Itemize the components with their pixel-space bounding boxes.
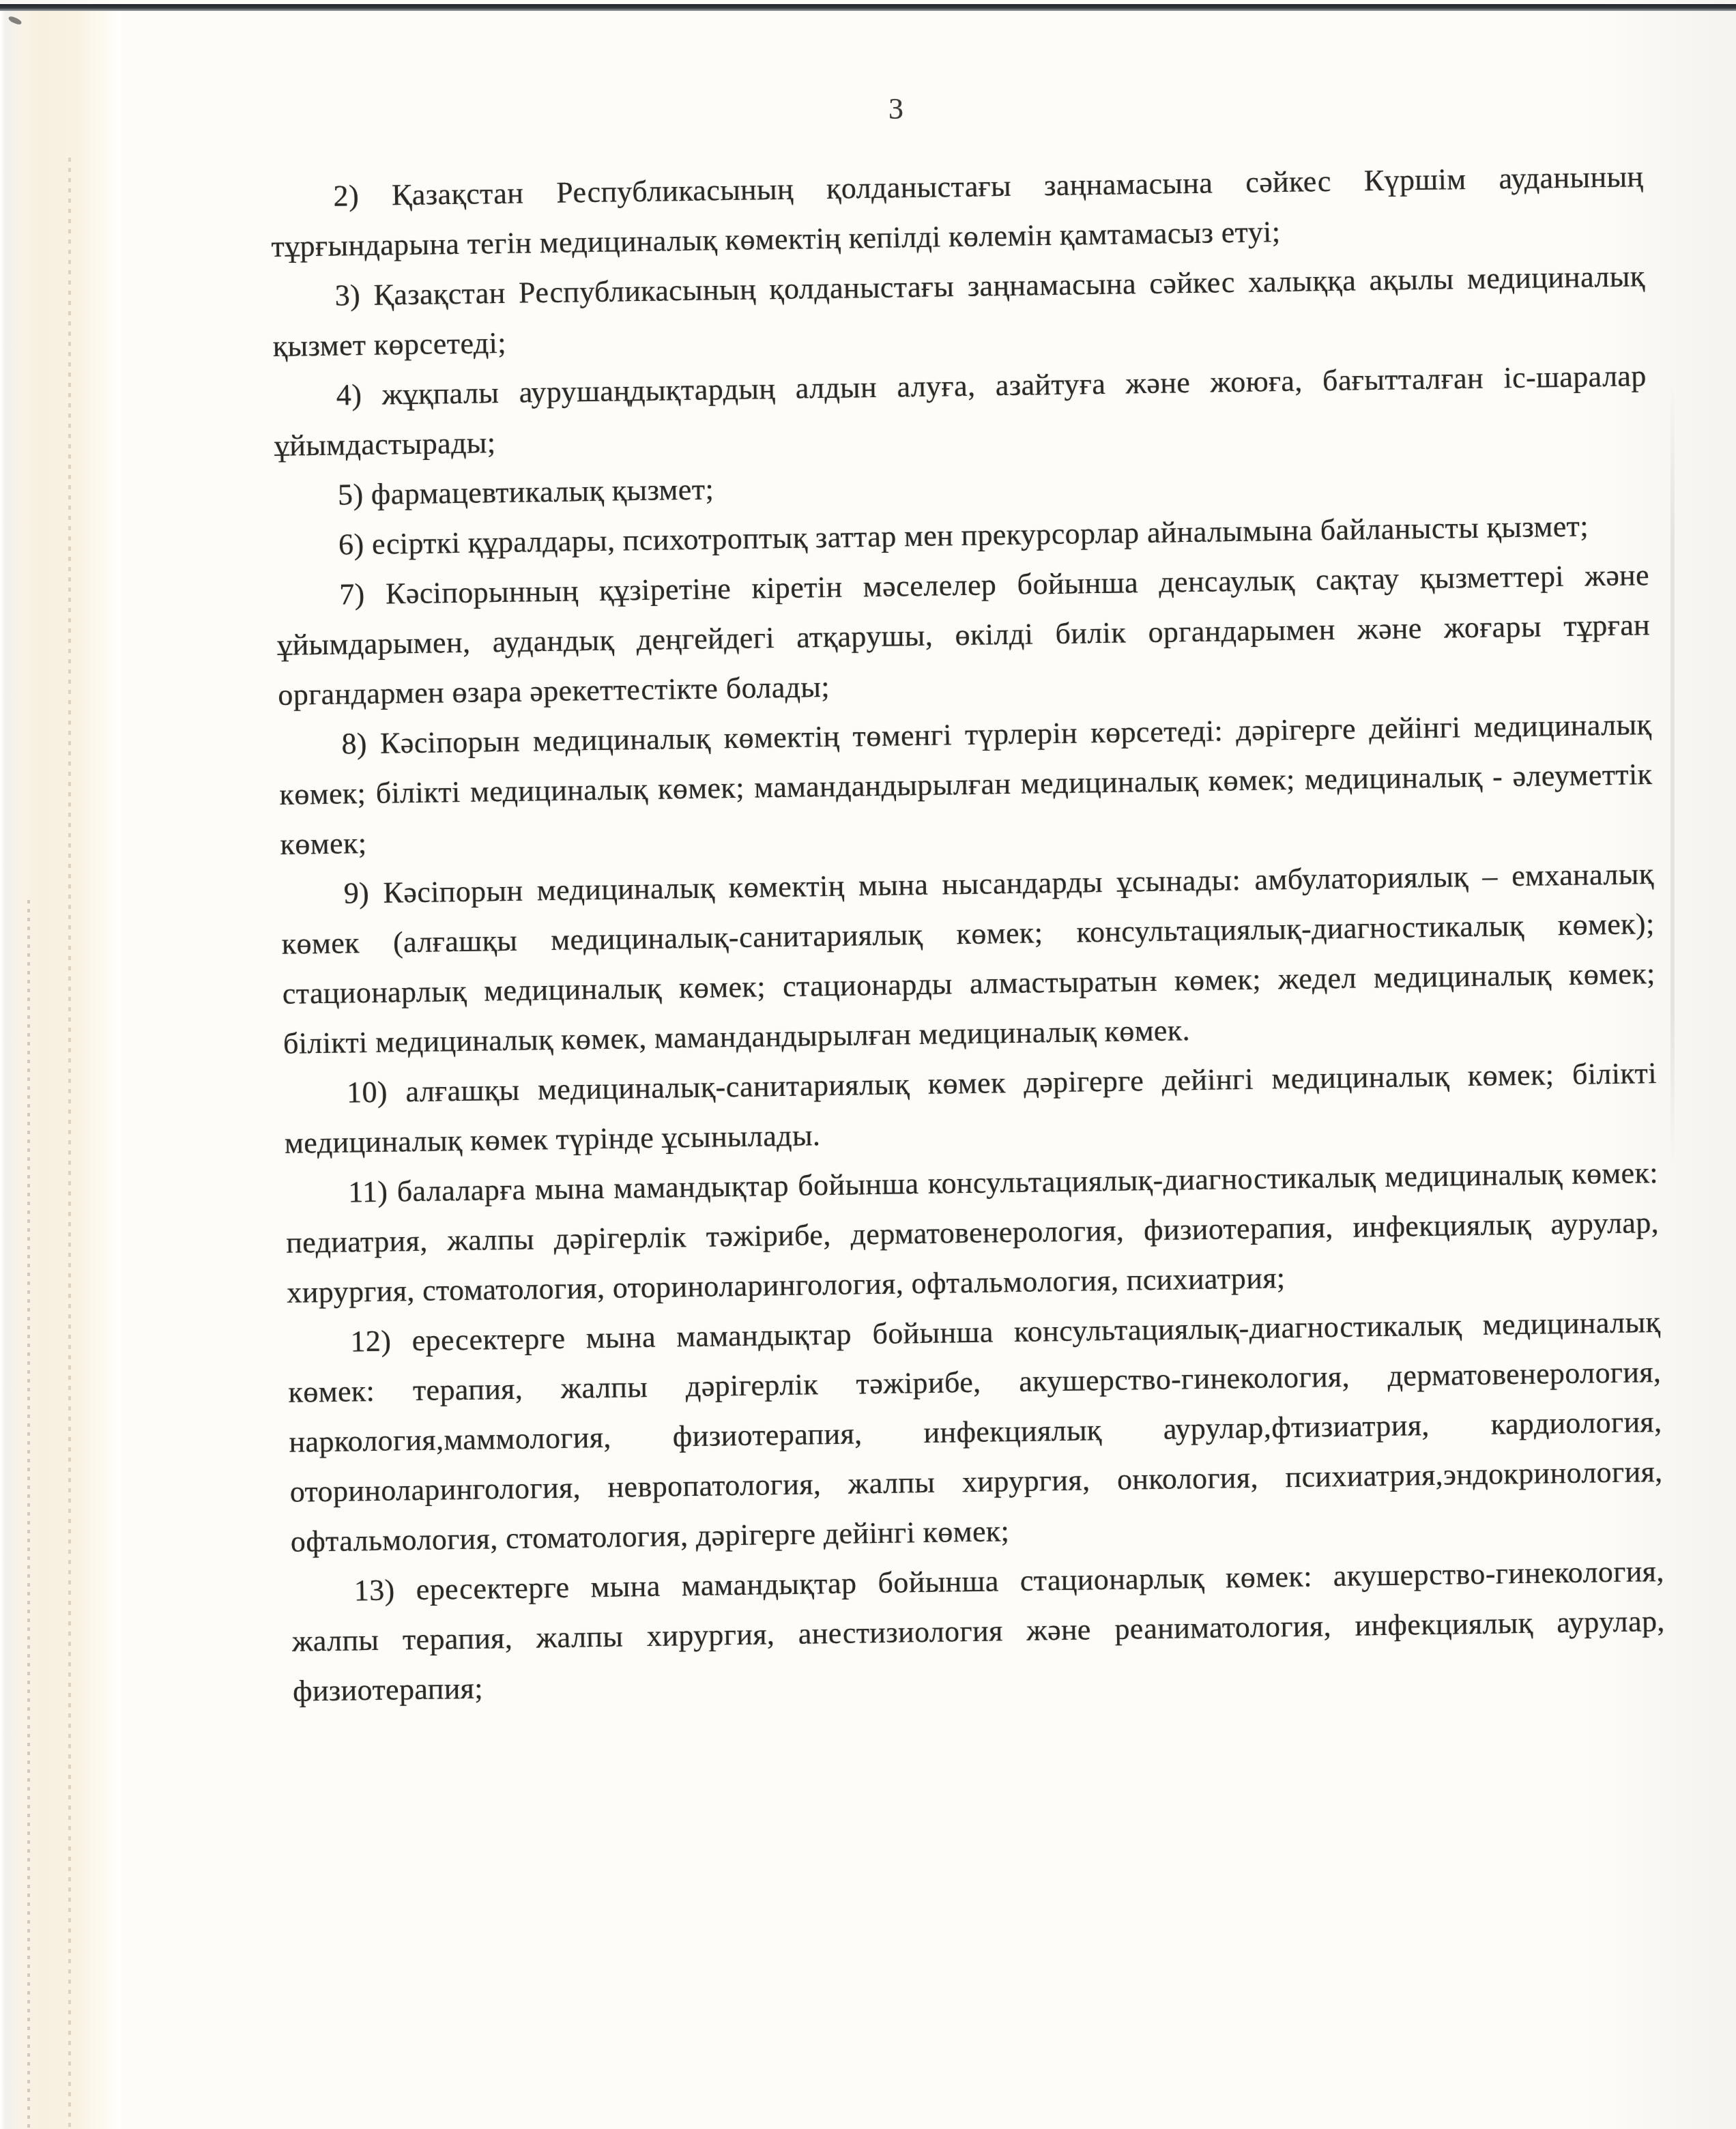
paragraph-13: 13) ересектерге мына мамандықтар бойынша… [291,1546,1666,1716]
binding-texture-line [27,900,30,2129]
scanned-document-page: 3 2) Қазақстан Республикасының қолданыст… [0,0,1736,2129]
scan-top-edge-artifact [0,4,1736,11]
paragraph-9: 9) Кәсіпорын медициналық көмектің мына н… [280,849,1656,1069]
paragraph-11: 11) балаларға мына мамандықтар бойынша к… [285,1148,1660,1318]
scan-right-shading-artifact [1670,382,1675,1167]
page-number: 3 [888,91,903,126]
paragraph-3: 3) Қазақстан Республикасының қолданыстағ… [272,251,1646,371]
paragraph-8: 8) Кәсіпорын медициналық көмектің төменг… [278,699,1653,869]
scan-left-binding-strip [0,10,121,2129]
binding-texture-line [68,158,71,2129]
paragraph-2: 2) Қазақстан Республикасының қолданыстағ… [270,151,1645,272]
paragraph-7: 7) Кәсіпорынның құзіретіне кіретін мәсел… [276,550,1651,720]
document-body: 2) Қазақстан Республикасының қолданыстағ… [270,151,1666,1716]
paragraph-12: 12) ересектерге мына мамандықтар бойынша… [287,1297,1664,1567]
paragraph-4: 4) жұқпалы аурушаңдықтардың алдын алуға,… [273,351,1647,471]
paragraph-10: 10) алғашқы медициналық-санитариялық көм… [283,1048,1658,1168]
